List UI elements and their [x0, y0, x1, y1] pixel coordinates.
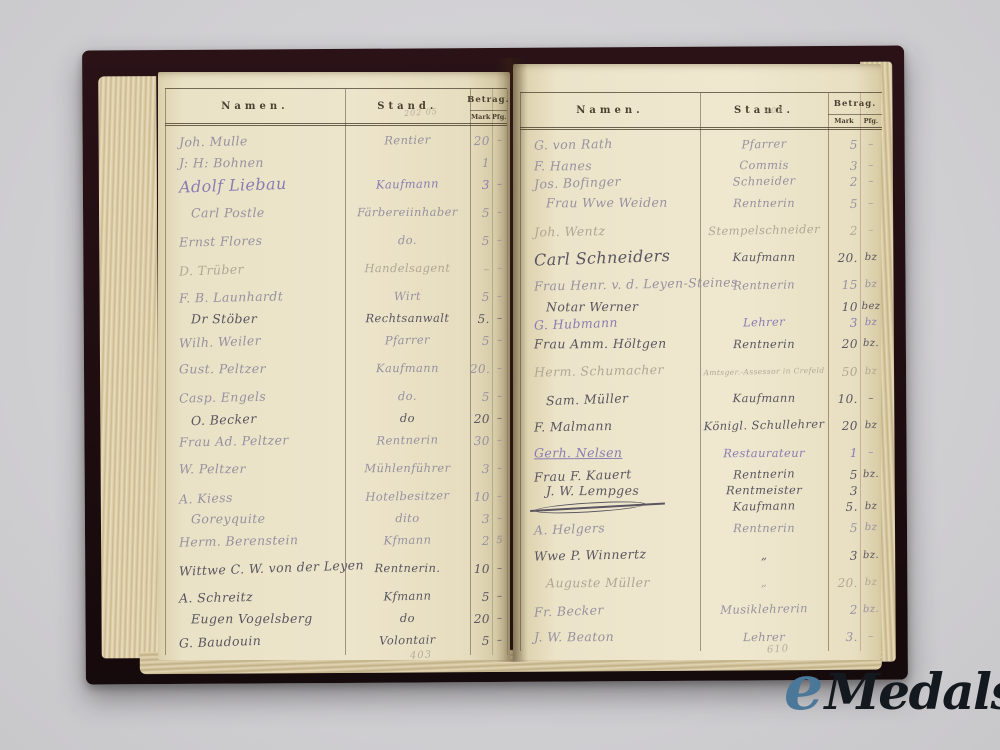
entry-stand: Kfmann — [345, 590, 470, 604]
entry-name: F. B. Launhardt — [165, 289, 345, 305]
entry-amount-pfg: – — [860, 199, 882, 209]
entry-stand: Färbereiinhaber — [345, 207, 470, 219]
entry-stand: Rechtsanwalt — [345, 313, 470, 325]
entry-name: W. Peltzer — [165, 462, 345, 475]
entry-name: Frau Henr. v. d. Leyen-Steines — [520, 277, 700, 293]
column-header-namen: Namen. — [520, 93, 700, 127]
entry-stand: „ — [700, 577, 828, 589]
entry-amount-pfg: – — [860, 139, 882, 149]
entry-amount-mark: 1 — [828, 447, 860, 459]
entry-amount-mark: 1 — [470, 157, 492, 169]
ledger-row: F. B. LaunhardtWirt5– — [165, 283, 507, 311]
entry-name: Adolf Liebau — [165, 174, 345, 196]
entry-amount-mark: 3 — [828, 549, 860, 562]
ledger-row: J: H: Bohnen1 — [165, 155, 507, 171]
ledger-row: Notar Werner10bez — [520, 299, 882, 315]
entry-amount-mark: 3 — [828, 485, 860, 497]
emedals-watermark: e Medals — [784, 660, 1000, 721]
entry-stand: Pfarrer — [345, 334, 470, 348]
ledger-row: Auguste Müller„20.bz — [520, 569, 882, 596]
entry-amount-mark: 20. — [828, 252, 860, 264]
entry-name: Frau Ad. Peltzer — [165, 433, 345, 449]
entry-stand: dito — [345, 513, 470, 525]
entry-amount-mark: – — [470, 263, 492, 275]
entry-name: Gust. Peltzer — [165, 362, 345, 375]
entry-stand — [700, 307, 828, 308]
ledger-row: Frau F. KauertRentnerin5bz. — [520, 467, 882, 483]
column-header-namen: Namen. — [165, 89, 345, 123]
entry-amount-mark: 20 — [828, 420, 860, 433]
entry-amount-mark: 20 — [470, 613, 492, 625]
entry-stand: Kfmann — [345, 534, 470, 548]
entry-name: Frau Amm. Höltgen — [520, 338, 700, 351]
ledger-table-left: Namen. Stand. Betrag. Mark Pfg. Joh. Mul… — [165, 88, 507, 655]
entry-name: Herm. Berenstein — [165, 533, 345, 549]
ledger-rows-left: Joh. MulleRentier20–J: H: Bohnen1Adolf L… — [165, 123, 507, 655]
entry-amount-mark: 2 — [828, 604, 860, 617]
entry-name: Dr Stöber — [165, 312, 345, 325]
ledger-page-right: Namen. Stand. Betrag. Mark Pfg. G. von R… — [513, 64, 881, 660]
entry-name: G. Hubmann — [520, 313, 700, 332]
entry-name: J: H: Bohnen — [165, 156, 345, 169]
entry-stand: Rentnerin — [700, 278, 828, 292]
entry-name: Carl Schneiders — [520, 247, 700, 269]
entry-stand: Rentier — [345, 134, 470, 148]
entry-stand: Rentnerin — [700, 197, 828, 209]
entry-name: F. Malmann — [520, 418, 700, 434]
entry-stand: Kaufmann — [345, 363, 470, 375]
entry-amount-mark: 5 — [470, 235, 492, 247]
entry-amount-mark: 20. — [828, 577, 860, 589]
ledger-row: Jos. BofingerSchneider2– — [520, 174, 882, 190]
table-header: Namen. Stand. Betrag. Mark Pfg. — [520, 93, 882, 130]
entry-amount-mark: 10. — [828, 393, 860, 405]
entry-amount-mark: 2 — [470, 535, 492, 547]
entry-amount-pfg: bz — [860, 253, 882, 263]
entry-amount-mark: 15 — [828, 279, 860, 292]
entry-amount-mark: 50 — [828, 365, 860, 378]
entry-name: Frau F. Kauert — [520, 466, 700, 485]
entry-name: Notar Werner — [520, 300, 700, 313]
column-header-mark: Mark — [828, 114, 860, 127]
ledger-row: Carl SchneidersKaufmann20.bz — [520, 245, 882, 272]
entry-amount-mark: 20. — [470, 363, 492, 375]
ledger-row: F. MalmannKönigl. Schullehrer20bz — [520, 413, 882, 440]
entry-name: O. Becker — [165, 410, 345, 429]
book-gutter-shadow — [496, 58, 528, 662]
pencil-sum-top: 403 — [765, 105, 784, 115]
entry-stand: Rentnerin. — [345, 563, 470, 575]
entry-amount-mark: 5 — [470, 207, 492, 219]
entry-amount-mark: 5 — [828, 138, 860, 151]
entry-amount-mark: 5 — [470, 291, 492, 303]
entry-amount-pfg: – — [860, 226, 882, 236]
ledger-row: A. KiessHotelbesitzer10– — [165, 483, 507, 511]
ledger-row: Dr StöberRechtsanwalt5.– — [165, 311, 507, 327]
entry-name: D. Trüber — [165, 260, 345, 279]
ledger-row: Joh. MulleRentier20– — [165, 127, 507, 155]
ledger-row: Herm. SchumacherAmtsger.-Assessor in Cre… — [520, 358, 882, 385]
entry-amount-pfg: bz — [860, 578, 882, 588]
entry-name: Gerh. Nelsen — [520, 447, 700, 460]
entry-stand: Amtsger.-Assessor in Crefeld — [700, 366, 828, 377]
ledger-row: G. HubmannLehrer3bz — [520, 315, 882, 331]
entry-name: Joh. Mulle — [165, 133, 345, 149]
entry-amount-pfg: bz. — [860, 339, 882, 349]
ledger-row: Wwe P. Winnertz„3bz. — [520, 542, 882, 569]
entry-amount-mark: 5 — [828, 469, 860, 482]
entry-stand: Restaurateur — [700, 447, 828, 459]
entry-amount-mark: 3 — [828, 316, 860, 329]
entry-stand: Pfarrer — [700, 138, 828, 152]
entry-name: Wilh. Weiler — [165, 332, 345, 351]
entry-amount-pfg: – — [860, 632, 882, 642]
entry-amount-pfg: bz. — [860, 550, 882, 560]
entry-stand: Rentnerin — [700, 522, 828, 534]
ledger-row: W. PeltzerMühlenführer3– — [165, 455, 507, 483]
ledger-row: Wittwe C. W. von der LeyenRentnerin.10– — [165, 555, 507, 583]
ledger-row: Wilh. WeilerPfarrer5– — [165, 327, 507, 355]
ledger-row: Casp. Engelsdo.5– — [165, 383, 507, 411]
entry-amount-mark: 20 — [470, 413, 492, 425]
entry-name: Joh. Wentz — [520, 223, 700, 239]
entry-amount-pfg: bz. — [860, 605, 882, 615]
entry-stand: Handelsagent — [345, 263, 470, 275]
ledger-row: Frau Amm. HöltgenRentnerin20bz. — [520, 331, 882, 358]
entry-amount-mark: 5. — [828, 500, 860, 513]
entry-stand: Hotelbesitzer — [345, 490, 470, 504]
entry-name: Fr. Becker — [520, 601, 700, 620]
entry-stand: Rentnerin — [700, 338, 828, 350]
entry-amount-mark: 2 — [828, 225, 860, 238]
entry-amount-pfg: bz. — [860, 470, 882, 480]
entry-amount-pfg: – — [860, 177, 882, 187]
ledger-row: J. W. BeatonLehrer3.– — [520, 624, 882, 651]
entry-amount-pfg: – — [860, 161, 882, 171]
ledger-row: Frau Wwe WeidenRentnerin5– — [520, 190, 882, 217]
entry-amount-mark: 5 — [828, 522, 860, 534]
ledger-row: J. W. LempgesRentmeister3 — [520, 483, 882, 499]
ledger-row: Gerh. NelsenRestaurateur1– — [520, 440, 882, 467]
entry-name: A. Kiess — [165, 488, 345, 507]
ledger-row: Kaufmann5.bz — [520, 499, 882, 515]
entry-name: Frau Wwe Weiden — [520, 197, 700, 210]
ledger-row: Fr. BeckerMusiklehrerin2bz. — [520, 596, 882, 623]
entry-stand: Wirt — [345, 290, 470, 304]
entry-amount-pfg: bez — [860, 302, 882, 312]
entry-name: J. W. Beaton — [520, 631, 700, 644]
entry-stand: Rentnerin — [700, 468, 828, 482]
entry-name: G. von Rath — [520, 137, 700, 153]
entry-amount-mark: 3 — [470, 179, 492, 191]
entry-name: Carl Postle — [165, 206, 345, 219]
entry-stand: do. — [345, 390, 470, 404]
entry-name: Wwe P. Winnertz — [520, 547, 700, 563]
entry-amount-mark: 10 — [470, 563, 492, 575]
entry-stand: Lehrer — [700, 631, 828, 643]
ledger-table-right: Namen. Stand. Betrag. Mark Pfg. G. von R… — [520, 92, 882, 651]
column-header-mark: Mark — [470, 110, 492, 123]
entry-name: Herm. Schumacher — [520, 364, 700, 380]
entry-stand: Musiklehrerin — [700, 603, 828, 617]
ledger-row: Gust. PeltzerKaufmann20.– — [165, 355, 507, 383]
entry-name: F. Hanes — [520, 159, 700, 172]
pencil-sum-bottom: 403 — [410, 649, 433, 661]
ledger-row: Herm. BerensteinKfmann25 — [165, 527, 507, 555]
entry-amount-mark: 2 — [828, 176, 860, 189]
entry-name: Ernst Flores — [165, 233, 345, 249]
photo-of-open-ledger: Namen. Stand. Betrag. Mark Pfg. Joh. Mul… — [0, 0, 1000, 750]
entry-amount-mark: 5 — [828, 197, 860, 209]
column-header-betrag: Betrag. — [828, 93, 882, 114]
entry-stand: Kaufmann — [700, 393, 828, 405]
entry-name: A. Helgers — [520, 519, 700, 538]
entry-stand: do — [345, 613, 470, 625]
entry-amount-mark: 3. — [828, 631, 860, 643]
entry-amount-mark: 5 — [470, 635, 492, 647]
entry-amount-pfg: bz — [860, 501, 882, 511]
entry-stand: Kaufmann — [700, 500, 828, 514]
entry-amount-mark: 5 — [470, 591, 492, 603]
ledger-row: Ernst Floresdo.5– — [165, 227, 507, 255]
crossed-out-signature — [536, 500, 656, 513]
entry-stand: Rentnerin — [345, 434, 470, 448]
entry-stand — [345, 163, 470, 164]
entry-amount-mark: 5 — [470, 335, 492, 347]
ledger-row: F. HanesCommis3– — [520, 158, 882, 174]
entry-amount-mark: 10 — [828, 301, 860, 313]
entry-amount-mark: 20 — [828, 338, 860, 350]
ledger-row: Frau Ad. PeltzerRentnerin30– — [165, 427, 507, 455]
entry-amount-pfg: bz — [860, 421, 882, 431]
entry-stand: Rentmeister — [700, 485, 828, 497]
entry-amount-mark: 20 — [470, 135, 492, 147]
entry-amount-mark: 3 — [828, 160, 860, 172]
ledger-row: Sam. MüllerKaufmann10.– — [520, 385, 882, 412]
entry-amount-mark: 5. — [470, 313, 492, 325]
entry-name: Goreyquite — [165, 512, 345, 525]
entry-name: G. Baudouin — [165, 632, 345, 651]
entry-name: Sam. Müller — [520, 390, 700, 409]
entry-amount-mark: 30 — [470, 435, 492, 447]
ledger-row: O. Beckerdo20– — [165, 411, 507, 427]
ledger-row: Eugen Vogelsbergdo20– — [165, 611, 507, 627]
entry-stand: Stempelschneider — [700, 224, 828, 238]
ledger-row: Frau Henr. v. d. Leyen-SteinesRentnerin1… — [520, 272, 882, 299]
emedals-logo-e: e — [784, 660, 823, 716]
entry-amount-pfg: bz — [860, 523, 882, 533]
page-edges-left — [98, 76, 160, 658]
ledger-row: A. SchreitzKfmann5– — [165, 583, 507, 611]
ledger-row: A. HelgersRentnerin5bz — [520, 515, 882, 542]
entry-stand: Schneider — [700, 175, 828, 189]
entry-name: A. Schreitz — [165, 589, 345, 605]
entry-amount-mark: 10 — [470, 491, 492, 503]
entry-stand: do — [345, 413, 470, 425]
entry-name: Jos. Bofinger — [520, 173, 700, 192]
table-header: Namen. Stand. Betrag. Mark Pfg. — [165, 89, 507, 126]
ledger-page-left: Namen. Stand. Betrag. Mark Pfg. Joh. Mul… — [158, 72, 510, 660]
ledger-rows-right: G. von RathPfarrer5–F. HanesCommis3–Jos.… — [520, 127, 882, 651]
entry-amount-pfg: bz — [860, 280, 882, 290]
ledger-row: Carl PostleFärbereiinhaber5– — [165, 199, 507, 227]
entry-stand: do. — [345, 234, 470, 248]
entry-amount-mark: 3 — [470, 463, 492, 475]
entry-name: Eugen Vogelsberg — [165, 612, 345, 625]
entry-amount-mark: 3 — [470, 513, 492, 525]
entry-amount-pfg: – — [860, 448, 882, 458]
entry-name: J. W. Lempges — [520, 484, 700, 497]
ledger-row: Joh. WentzStempelschneider2– — [520, 217, 882, 244]
entry-stand: Lehrer — [700, 316, 828, 330]
entry-stand: Volontair — [345, 634, 470, 648]
entry-amount-pfg: – — [860, 394, 882, 404]
entry-stand: „ — [700, 548, 828, 562]
entry-amount-pfg: bz — [860, 318, 882, 328]
entry-name — [520, 499, 700, 514]
entry-stand: Königl. Schullehrer — [700, 419, 828, 433]
entry-name: Auguste Müller — [520, 576, 700, 589]
emedals-logo-text: Medals — [824, 662, 1000, 721]
entry-stand: Kaufmann — [700, 252, 828, 264]
ledger-row: Goreyquitedito3– — [165, 511, 507, 527]
column-header-pfg: Pfg. — [860, 114, 882, 127]
ledger-row: Adolf LiebauKaufmann3– — [165, 171, 507, 199]
entry-name: Wittwe C. W. von der Leyen — [165, 560, 345, 579]
entry-amount-pfg: bz — [860, 366, 882, 376]
entry-stand: Commis — [700, 160, 828, 172]
ledger-row: G. BaudouinVolontair5– — [165, 627, 507, 655]
entry-stand: Kaufmann — [345, 178, 470, 192]
entry-name: Casp. Engels — [165, 389, 345, 405]
ledger-row: G. von RathPfarrer5– — [520, 131, 882, 158]
entry-amount-mark: 5 — [470, 391, 492, 403]
ledger-row: D. TrüberHandelsagent–– — [165, 255, 507, 283]
entry-stand: Mühlenführer — [345, 463, 470, 475]
